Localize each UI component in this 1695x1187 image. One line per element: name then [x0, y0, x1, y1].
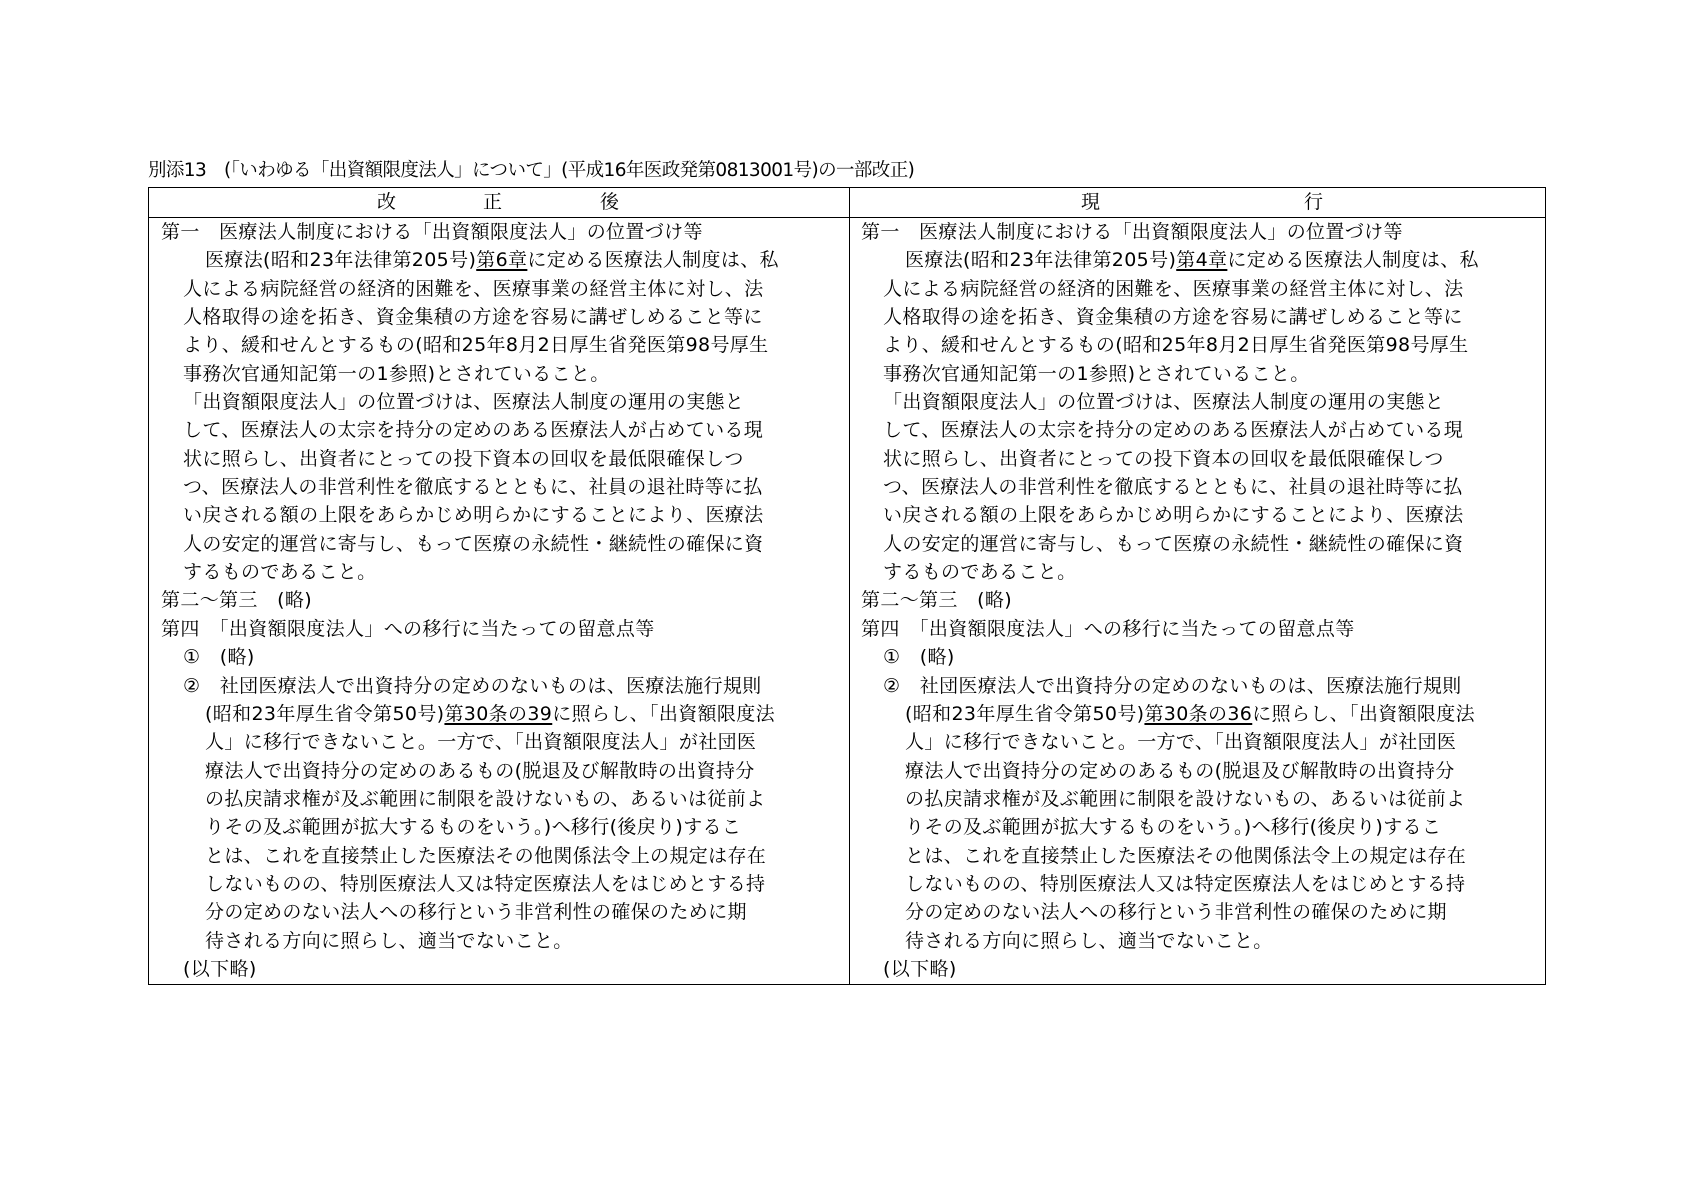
current-chapter: 第4章 [1176, 249, 1227, 271]
document-caption: 別添13 (「いわゆる「出資額限度法人」について」(平成16年医政発第08130… [148, 158, 914, 184]
section-4-item-2-line-10: 待される方向に照らし、適当でないこと。 [161, 927, 845, 955]
section-1-para-1-line-3: 人格取得の途を拓き、資金集積の方途を容易に講ぜしめること等に [161, 303, 845, 331]
section-4-item-2-line-8: しないものの、特別医療法人又は特定医療法人をはじめとする持 [161, 870, 845, 898]
amended-chapter: 第6章 [476, 249, 527, 271]
section-4-item-2-line-1: ② 社団医療法人で出資持分の定めのないものは、医療法施行規則 [161, 672, 845, 700]
text: に定める医療法人制度は、私 [527, 249, 779, 271]
section-4-item-2-line-6: りその及ぶ範囲が拡大するものをいう。)へ移行(後戻り)するこ [161, 813, 845, 841]
section-4-item-2-line-5: の払戻請求権が及ぶ範囲に制限を設けないもの、あるいは従前よ [861, 785, 1545, 813]
section-4-item-2-line-4: 療法人で出資持分の定めのあるもの(脱退及び解散時の出資持分 [861, 757, 1545, 785]
section-1-para-2-line-2: して、医療法人の太宗を持分の定めのある医療法人が占めている現 [861, 416, 1545, 444]
text: (昭和23年厚生省令第50号) [205, 703, 444, 725]
section-1-para-2-line-5: い戻される額の上限をあらかじめ明らかにすることにより、医療法 [161, 501, 845, 529]
section-4-item-2-line-2: (昭和23年厚生省令第50号)第30条の36に照らし、「出資額限度法 [861, 700, 1545, 728]
amended-article: 第30条の39 [444, 703, 552, 725]
header-current: 現 行 [849, 188, 1546, 218]
section-4-item-2-line-4: 療法人で出資持分の定めのあるもの(脱退及び解散時の出資持分 [161, 757, 845, 785]
section-1-para-2-line-1: 「出資額限度法人」の位置づけは、医療法人制度の運用の実態と [161, 388, 845, 416]
section-1-para-1-line-2: 人による病院経営の経済的困難を、医療事業の経営主体に対し、法 [161, 275, 845, 303]
section-4-item-1: ① (略) [161, 643, 845, 671]
section-1-para-1-line-5: 事務次官通知記第一の1参照)とされていること。 [161, 360, 845, 388]
section-1-para-2-line-3: 状に照らし、出資者にとっての投下資本の回収を最低限確保しつ [161, 445, 845, 473]
section-4-item-2-line-7: とは、これを直接禁止した医療法その他関係法令上の規定は存在 [861, 842, 1545, 870]
section-1-para-1-line-4: より、緩和せんとするもの(昭和25年8月2日厚生省発医第98号厚生 [161, 331, 845, 359]
current-article: 第30条の36 [1144, 703, 1252, 725]
header-revised-char-1: 改 [377, 188, 396, 216]
comparison-table: 改 正 後 現 行 第一 医療法人制度における「出資額限度法人」の位置づけ等 医… [148, 187, 1546, 985]
section-1-title: 第一 医療法人制度における「出資額限度法人」の位置づけ等 [161, 218, 845, 246]
section-1-title: 第一 医療法人制度における「出資額限度法人」の位置づけ等 [861, 218, 1545, 246]
section-1-para-1-line-4: より、緩和せんとするもの(昭和25年8月2日厚生省発医第98号厚生 [861, 331, 1545, 359]
section-1-para-2-line-7: するものであること。 [161, 558, 845, 586]
section-4-item-2-line-7: とは、これを直接禁止した医療法その他関係法令上の規定は存在 [161, 842, 845, 870]
header-revised-char-3: 後 [600, 188, 619, 216]
section-2-3: 第二～第三 (略) [861, 586, 1545, 614]
section-4-item-2-line-5: の払戻請求権が及ぶ範囲に制限を設けないもの、あるいは従前よ [161, 785, 845, 813]
section-1-para-2-line-6: 人の安定的運営に寄与し、もって医療の永続性・継続性の確保に資 [161, 530, 845, 558]
header-current-char-1: 現 [1081, 188, 1100, 216]
header-current-char-2: 行 [1304, 188, 1323, 216]
section-4-item-2-line-2: (昭和23年厚生省令第50号)第30条の39に照らし、「出資額限度法 [161, 700, 845, 728]
section-1-para-2-line-5: い戻される額の上限をあらかじめ明らかにすることにより、医療法 [861, 501, 1545, 529]
section-1-para-2-line-6: 人の安定的運営に寄与し、もって医療の永続性・継続性の確保に資 [861, 530, 1545, 558]
section-4-item-2-line-1: ② 社団医療法人で出資持分の定めのないものは、医療法施行規則 [861, 672, 1545, 700]
column-revised: 第一 医療法人制度における「出資額限度法人」の位置づけ等 医療法(昭和23年法律… [161, 218, 845, 983]
section-1-para-2-line-7: するものであること。 [861, 558, 1545, 586]
header-revised-char-2: 正 [483, 188, 502, 216]
text: に照らし、「出資額限度法 [552, 703, 775, 725]
section-4-item-2-line-3: 人」に移行できないこと。一方で、「出資額限度法人」が社団医 [861, 728, 1545, 756]
header-revised: 改 正 後 [149, 188, 849, 218]
section-4-item-2-line-8: しないものの、特別医療法人又は特定医療法人をはじめとする持 [861, 870, 1545, 898]
section-4-item-2-line-10: 待される方向に照らし、適当でないこと。 [861, 927, 1545, 955]
section-1-para-2-line-4: つ、医療法人の非営利性を徹底するとともに、社員の退社時等に払 [861, 473, 1545, 501]
omitted-rest: (以下略) [861, 955, 1545, 983]
column-divider [849, 188, 850, 984]
section-4-item-1: ① (略) [861, 643, 1545, 671]
text: (昭和23年厚生省令第50号) [905, 703, 1144, 725]
section-4-item-2-line-9: 分の定めのない法人への移行という非営利性の確保のために期 [161, 898, 845, 926]
section-4-title: 第四 「出資額限度法人」への移行に当たっての留意点等 [861, 615, 1545, 643]
section-2-3: 第二～第三 (略) [161, 586, 845, 614]
text: 医療法(昭和23年法律第205号) [905, 249, 1176, 271]
section-1-para-2-line-3: 状に照らし、出資者にとっての投下資本の回収を最低限確保しつ [861, 445, 1545, 473]
section-1-para-2-line-2: して、医療法人の太宗を持分の定めのある医療法人が占めている現 [161, 416, 845, 444]
section-1-para-1-line-3: 人格取得の途を拓き、資金集積の方途を容易に講ぜしめること等に [861, 303, 1545, 331]
section-1-para-2-line-1: 「出資額限度法人」の位置づけは、医療法人制度の運用の実態と [861, 388, 1545, 416]
section-4-item-2-line-3: 人」に移行できないこと。一方で、「出資額限度法人」が社団医 [161, 728, 845, 756]
text: に定める医療法人制度は、私 [1227, 249, 1479, 271]
section-1-para-1-line-1: 医療法(昭和23年法律第205号)第6章に定める医療法人制度は、私 [161, 246, 845, 274]
omitted-rest: (以下略) [161, 955, 845, 983]
text: に照らし、「出資額限度法 [1252, 703, 1475, 725]
section-1-para-2-line-4: つ、医療法人の非営利性を徹底するとともに、社員の退社時等に払 [161, 473, 845, 501]
section-4-title: 第四 「出資額限度法人」への移行に当たっての留意点等 [161, 615, 845, 643]
section-4-item-2-line-6: りその及ぶ範囲が拡大するものをいう。)へ移行(後戻り)するこ [861, 813, 1545, 841]
section-4-item-2-line-9: 分の定めのない法人への移行という非営利性の確保のために期 [861, 898, 1545, 926]
section-1-para-1-line-2: 人による病院経営の経済的困難を、医療事業の経営主体に対し、法 [861, 275, 1545, 303]
column-current: 第一 医療法人制度における「出資額限度法人」の位置づけ等 医療法(昭和23年法律… [861, 218, 1545, 983]
text: 医療法(昭和23年法律第205号) [205, 249, 476, 271]
section-1-para-1-line-1: 医療法(昭和23年法律第205号)第4章に定める医療法人制度は、私 [861, 246, 1545, 274]
section-1-para-1-line-5: 事務次官通知記第一の1参照)とされていること。 [861, 360, 1545, 388]
